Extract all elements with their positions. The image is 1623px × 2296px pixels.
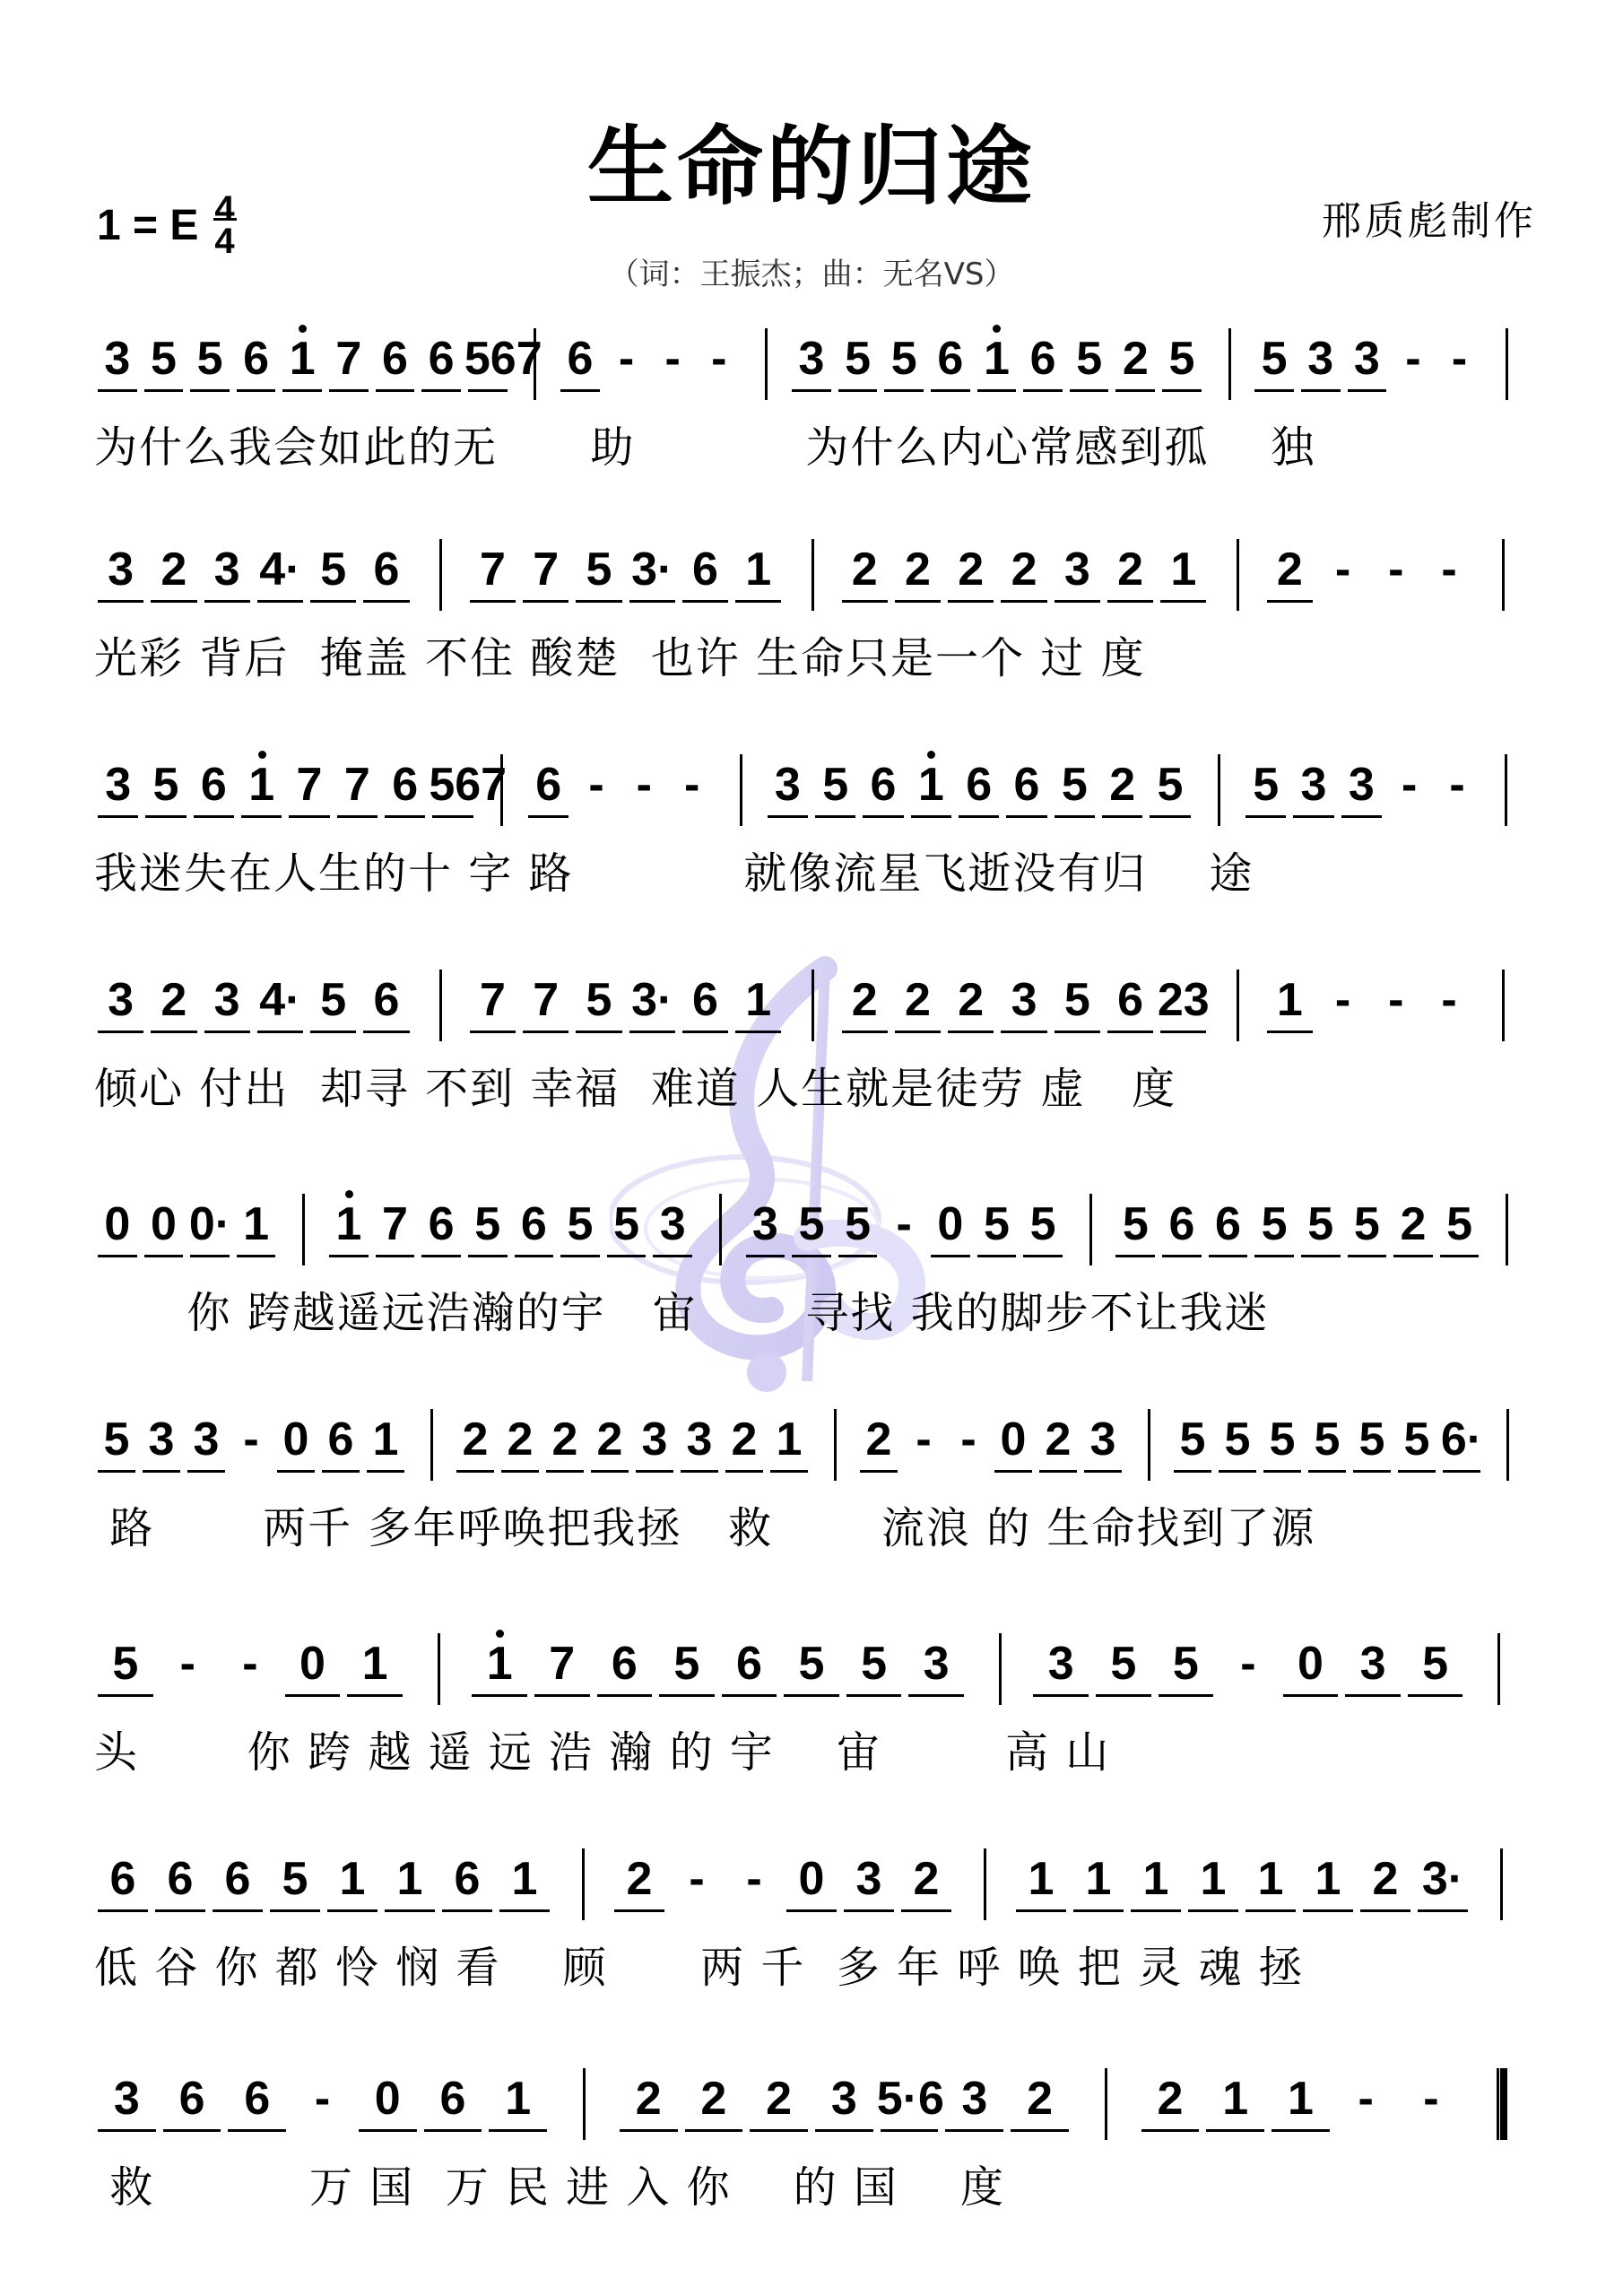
underline-beam <box>881 2129 939 2132</box>
underline-beam <box>204 1031 250 1033</box>
time-signature: 4 4 <box>214 193 234 257</box>
note: 5 <box>1251 332 1298 386</box>
underline-beam <box>1162 1255 1202 1257</box>
note: 6 <box>318 1413 363 1466</box>
note: 6 <box>224 2072 290 2126</box>
note: 0 <box>783 1852 840 1906</box>
note: 3 <box>94 758 142 812</box>
underline-beam <box>895 1031 941 1033</box>
high-octave-dot <box>258 751 266 759</box>
underline-beam <box>1345 1694 1401 1697</box>
lyrics-line: 救 万 国 万 民 进 入 你 的 国 度 <box>94 2152 1005 2214</box>
note: 5 <box>141 332 187 386</box>
note: 5 <box>655 1637 718 1691</box>
score-row: 666511612--03211111123·低 谷 你 都 怜 悯 看 顾 两… <box>94 1825 1547 2005</box>
underline-beam <box>1301 389 1341 392</box>
underline-beam <box>367 1470 404 1473</box>
score-row: 366-06122235·632211-- 救 万 国 万 民 进 入 你 的 … <box>94 2045 1547 2224</box>
note: 3 <box>1338 758 1385 812</box>
note: 2 <box>147 543 200 596</box>
dash-extension: - <box>649 332 696 386</box>
high-octave-dot <box>345 1190 353 1198</box>
final-bar-line <box>1497 2068 1507 2140</box>
note: 2 <box>147 973 200 1027</box>
underline-beam <box>385 815 425 818</box>
underline-beam <box>190 389 230 392</box>
underline-beam <box>560 389 600 392</box>
note: 5 <box>1251 1197 1298 1251</box>
note: 6 <box>418 332 464 386</box>
underline-beam <box>901 1909 951 1912</box>
note: 6 <box>927 332 974 386</box>
note: 2 <box>1007 2072 1072 2126</box>
note: 2 <box>1104 543 1157 596</box>
note: 0 <box>282 1637 344 1691</box>
underline-beam <box>432 815 473 818</box>
note: 6 <box>679 543 732 596</box>
underline-beam <box>1267 1031 1313 1033</box>
note: 6 <box>1002 758 1050 812</box>
underline-beam <box>977 1255 1017 1257</box>
bar-line <box>1500 1848 1503 1920</box>
underline-beam <box>98 1909 148 1912</box>
dash-extension: - <box>157 1637 220 1691</box>
note: 3 <box>201 543 254 596</box>
underline-beam <box>1131 1909 1181 1912</box>
note: 0· <box>187 1197 233 1251</box>
underline-beam <box>1348 389 1387 392</box>
underline-beam <box>376 1255 415 1257</box>
note: 6 <box>718 1637 781 1691</box>
note: 1 <box>1202 2072 1268 2126</box>
underline-beam <box>1219 1470 1256 1473</box>
note: 5 <box>780 1637 843 1691</box>
note: 0 <box>141 1197 187 1251</box>
note: 2 <box>1138 2072 1203 2126</box>
notation-line: 666511612--03211111123· <box>94 1825 1547 1915</box>
note: 7 <box>372 1197 419 1251</box>
note: 1 <box>496 1852 553 1906</box>
underline-beam <box>187 1470 225 1473</box>
lyrics-line: 为什么我会如此的无 助 为什么内心常感到孤 独 <box>94 413 1315 474</box>
underline-beam <box>1418 1909 1468 1912</box>
underline-beam <box>1301 1255 1341 1257</box>
underline-beam <box>329 1255 369 1257</box>
underline-beam <box>359 2129 417 2132</box>
lyrics-line: 你 跨越遥远浩瀚的宇 宙 寻找 我的脚步不让我迷 <box>94 1278 1270 1340</box>
dash-extension: - <box>290 2072 355 2126</box>
underline-beam <box>948 1031 994 1033</box>
note: 2 <box>1263 543 1316 596</box>
underline-beam <box>685 2129 743 2132</box>
note: 6 <box>360 543 412 596</box>
key-label: 1 = E <box>97 201 198 250</box>
dash-extension: - <box>1422 543 1475 596</box>
notation-line: 3234·567753·6122223212--- <box>94 516 1547 605</box>
underline-beam <box>1160 600 1206 603</box>
dash-extension: - <box>1369 973 1422 1027</box>
note: 5 <box>572 543 625 596</box>
note: 3 <box>788 332 835 386</box>
underline-beam <box>1016 1909 1066 1912</box>
note: 3 <box>942 2072 1007 2126</box>
underline-beam <box>1440 1255 1480 1257</box>
note: 567 <box>429 758 476 812</box>
underline-beam <box>895 600 941 603</box>
bar-line <box>1089 1194 1092 1265</box>
underline-beam <box>310 1031 356 1033</box>
underline-beam <box>523 1031 568 1033</box>
dash-extension: - <box>901 1413 946 1466</box>
underline-beam <box>1023 389 1063 392</box>
dash-extension: - <box>572 758 620 812</box>
underline-beam <box>277 1470 315 1473</box>
underline-beam <box>515 1255 554 1257</box>
underline-beam <box>1055 600 1100 603</box>
underline-beam <box>629 1031 675 1033</box>
underline-beam <box>1150 815 1190 818</box>
note: 5 <box>307 543 360 596</box>
score-row: 35617765676---356166525533--我迷失在人生的十 字 路… <box>94 731 1547 910</box>
bar-line <box>1506 1409 1509 1481</box>
underline-beam <box>1254 389 1294 392</box>
underline-beam <box>363 600 409 603</box>
note: 5 <box>1394 1413 1439 1466</box>
bar-line <box>740 754 742 826</box>
note: 3· <box>626 973 679 1027</box>
lyrics-line: 光彩 背后 掩盖 不住 酸楚 也许 生命只是一个 过 度 <box>94 623 1146 685</box>
score-row: 355617665676---355616525533--为什么我会如此的无 助… <box>94 305 1547 484</box>
note: 4· <box>254 973 307 1027</box>
underline-beam <box>620 2129 678 2132</box>
note: 6 <box>418 1197 464 1251</box>
note: 5 <box>1344 1197 1391 1251</box>
dash-extension: - <box>1390 332 1436 386</box>
notation-line: 366-06122235·632211-- <box>94 2045 1547 2135</box>
note: 1 <box>343 1637 406 1691</box>
underline-beam <box>1084 1470 1122 1473</box>
note: 0 <box>1280 1637 1342 1691</box>
note: 1 <box>1242 1852 1299 1906</box>
note: 1 <box>1268 2072 1333 2126</box>
note: 5 <box>1092 1637 1155 1691</box>
note: 2 <box>997 543 1050 596</box>
underline-beam <box>1006 815 1046 818</box>
note: 5 <box>974 1197 1020 1251</box>
note: 5 <box>1242 758 1289 812</box>
underline-beam <box>470 1031 516 1033</box>
underline-beam <box>468 389 508 392</box>
note: 6 <box>160 2072 225 2126</box>
note: 1 <box>767 1413 811 1466</box>
underline-beam <box>770 1470 808 1473</box>
note: 3 <box>1051 543 1104 596</box>
underline-beam <box>1443 1470 1480 1473</box>
underline-beam <box>911 815 951 818</box>
note: 7 <box>466 543 519 596</box>
underline-beam <box>842 1031 888 1033</box>
underline-beam <box>282 389 322 392</box>
underline-beam <box>844 1909 894 1912</box>
note: 7 <box>466 973 519 1027</box>
underline-beam <box>190 1255 230 1257</box>
note: 3 <box>1298 332 1344 386</box>
underline-beam <box>860 1470 898 1473</box>
underline-beam <box>682 600 728 603</box>
underline-beam <box>228 2129 286 2132</box>
underline-beam <box>468 1255 508 1257</box>
underline-beam <box>424 2129 482 2132</box>
note: 5 <box>1066 332 1113 386</box>
underline-beam <box>322 1470 360 1473</box>
underline-beam <box>337 815 378 818</box>
underline-beam <box>241 815 282 818</box>
note: 2 <box>838 973 891 1027</box>
note: 1 <box>732 543 785 596</box>
note: 2 <box>856 1413 901 1466</box>
note: 7 <box>519 543 572 596</box>
note: 2 <box>681 2072 747 2126</box>
underline-beam <box>735 1031 781 1033</box>
underline-beam <box>1102 815 1142 818</box>
underline-beam <box>1398 1470 1436 1473</box>
bar-line <box>834 1409 837 1481</box>
lyrics-line: 我迷失在人生的十 字 路 就像流星飞逝没有归 途 <box>94 839 1254 900</box>
note: 5 <box>1112 1197 1159 1251</box>
note: 5 <box>1215 1413 1260 1466</box>
underline-beam <box>1393 1255 1433 1257</box>
underline-beam <box>143 1470 180 1473</box>
note: 5 <box>1020 1197 1066 1251</box>
note: 2 <box>891 543 944 596</box>
bar-line <box>583 2068 586 2140</box>
underline-beam <box>523 600 568 603</box>
note: 6 <box>438 1852 496 1906</box>
note: 5 <box>843 1637 906 1691</box>
note: 6· <box>1439 1413 1484 1466</box>
note: 1 <box>233 1197 280 1251</box>
note: 5 <box>811 758 859 812</box>
bar-line <box>984 1848 986 1920</box>
underline-beam <box>1011 2129 1069 2132</box>
underline-beam <box>1055 815 1095 818</box>
bar-line <box>1506 1194 1508 1265</box>
note: 2 <box>1357 1852 1414 1906</box>
note: 3 <box>632 1413 677 1466</box>
bar-line <box>719 1194 722 1265</box>
note: 5 <box>881 332 927 386</box>
bar-line <box>582 1848 585 1920</box>
underline-beam <box>792 1255 831 1257</box>
underline-beam <box>257 1031 303 1033</box>
underline-beam <box>614 1909 664 1912</box>
dash-extension: - <box>1422 973 1475 1027</box>
underline-beam <box>1070 389 1109 392</box>
notation-line: 533-061222233212--0235555556· <box>94 1386 1547 1475</box>
note: 2 <box>944 973 997 1027</box>
notation-line: 355617665676---355616525533-- <box>94 305 1547 395</box>
dash-extension: - <box>219 1637 282 1691</box>
note: 5 <box>1159 332 1205 386</box>
bar-line <box>302 1194 305 1265</box>
lyrics-line: 倾心 付出 却寻 不到 幸福 难道 人生就是徒劳 虚 度 <box>94 1054 1176 1116</box>
note: 3· <box>626 543 679 596</box>
underline-beam <box>725 1470 763 1473</box>
dash-extension: - <box>725 1852 783 1906</box>
note: 7 <box>325 332 372 386</box>
underline-beam <box>1188 1909 1238 1912</box>
underline-beam <box>204 600 250 603</box>
note: 3 <box>201 973 254 1027</box>
underline-beam <box>98 1470 135 1473</box>
note: 5 <box>1404 1637 1467 1691</box>
note: 6 <box>1159 1197 1205 1251</box>
note: 5 <box>1350 1413 1394 1466</box>
notation-line: 3234·567753·61222356231--- <box>94 946 1547 1036</box>
note: 1 <box>732 973 785 1027</box>
underline-beam <box>863 815 903 818</box>
underline-beam <box>1283 1694 1339 1697</box>
note: 2 <box>498 1413 542 1466</box>
underline-beam <box>98 1031 143 1033</box>
dash-extension: - <box>1316 973 1369 1027</box>
bar-line <box>1497 1633 1500 1705</box>
note: 3 <box>94 543 147 596</box>
bar-line <box>439 970 442 1041</box>
note: 3 <box>1289 758 1337 812</box>
underline-beam <box>838 1255 878 1257</box>
underline-beam <box>784 1694 839 1697</box>
underline-beam <box>472 1694 527 1697</box>
note: 6 <box>859 758 907 812</box>
dash-extension: - <box>668 1852 725 1906</box>
underline-beam <box>1293 815 1333 818</box>
underline-beam <box>98 815 138 818</box>
underline-beam <box>442 1909 492 1912</box>
note: 5 <box>1436 1197 1483 1251</box>
note: 7 <box>334 758 381 812</box>
dash-extension: - <box>1433 758 1480 812</box>
maker-credit: 邢质彪制作 <box>1322 188 1537 246</box>
underline-beam <box>1115 389 1155 392</box>
note: 6 <box>381 758 429 812</box>
note: 6 <box>1205 1197 1252 1251</box>
note: 2 <box>944 543 997 596</box>
underline-beam <box>792 389 831 392</box>
underline-beam <box>815 2129 873 2132</box>
note: 5 <box>94 1637 157 1691</box>
underline-beam <box>1245 1909 1296 1912</box>
note: 2 <box>542 1413 587 1466</box>
underline-beam <box>842 600 888 603</box>
underline-beam <box>1303 1909 1353 1912</box>
bar-line <box>811 539 814 611</box>
underline-beam <box>1107 1031 1153 1033</box>
underline-beam <box>908 1694 964 1697</box>
bar-line <box>430 1409 433 1481</box>
underline-beam <box>591 1470 629 1473</box>
note: 5 <box>187 332 233 386</box>
note: 5 <box>142 758 189 812</box>
note: 0 <box>927 1197 974 1251</box>
underline-beam <box>1209 1255 1248 1257</box>
dash-extension: - <box>1316 543 1369 596</box>
underline-beam <box>489 2129 547 2132</box>
underline-beam <box>1096 1694 1151 1697</box>
note: 3 <box>742 1197 789 1251</box>
lyrics-line: 路 两千 多年呼唤把我拯 救 流浪 的 生命找到了源 <box>94 1493 1315 1555</box>
underline-beam <box>1162 389 1202 392</box>
note: 2 <box>453 1413 498 1466</box>
note: 5 <box>603 1197 650 1251</box>
underline-beam <box>534 1694 590 1697</box>
note: 5 <box>1051 973 1104 1027</box>
underline-beam <box>257 600 303 603</box>
underline-beam <box>98 2129 156 2132</box>
note: 6 <box>94 1852 152 1906</box>
underline-beam <box>151 1031 196 1033</box>
note: 6 <box>209 1852 266 1906</box>
note: 2 <box>838 543 891 596</box>
underline-beam <box>750 2129 808 2132</box>
underline-beam <box>98 1255 137 1257</box>
underline-beam <box>1033 1694 1089 1697</box>
underline-beam <box>145 815 186 818</box>
note: 3 <box>905 1637 968 1691</box>
underline-beam <box>1353 1470 1391 1473</box>
bar-line <box>999 1633 1002 1705</box>
note: 6 <box>511 1197 558 1251</box>
note: 1 <box>485 2072 551 2126</box>
bar-line <box>1502 970 1505 1041</box>
note: 6 <box>372 332 419 386</box>
note: 6 <box>525 758 572 812</box>
note: 3 <box>1029 1637 1092 1691</box>
underline-beam <box>1341 815 1382 818</box>
notation-line: 5--0117656553355-035 <box>94 1610 1547 1700</box>
note: 3 <box>764 758 811 812</box>
underline-beam <box>576 600 621 603</box>
underline-beam <box>151 600 196 603</box>
underline-beam <box>735 600 781 603</box>
note: 1 <box>1070 1852 1127 1906</box>
note: 1 <box>907 758 955 812</box>
score-row: 3234·567753·6122223212---光彩 背后 掩盖 不住 酸楚 … <box>94 516 1547 695</box>
underline-beam <box>786 1909 837 1912</box>
underline-beam <box>884 389 924 392</box>
note: 5 <box>1170 1413 1215 1466</box>
bar-line <box>534 328 536 400</box>
note: 6 <box>1104 973 1157 1027</box>
dash-extension: - <box>946 1413 991 1466</box>
underline-beam <box>945 2129 1003 2132</box>
bar-line <box>439 539 442 611</box>
dash-extension: - <box>1399 2072 1464 2126</box>
underline-beam <box>385 1909 435 1912</box>
bar-line <box>811 970 814 1041</box>
underline-beam <box>285 1694 341 1697</box>
note: 0 <box>94 1197 141 1251</box>
note: 1 <box>1263 973 1316 1027</box>
note: 6 <box>594 1637 656 1691</box>
underline-beam <box>1107 600 1153 603</box>
note: 5 <box>788 1197 835 1251</box>
note: 1 <box>468 1637 531 1691</box>
underline-beam <box>597 1694 653 1697</box>
dash-extension: - <box>1217 1637 1280 1691</box>
bar-line <box>1505 754 1507 826</box>
note: 4· <box>254 543 307 596</box>
